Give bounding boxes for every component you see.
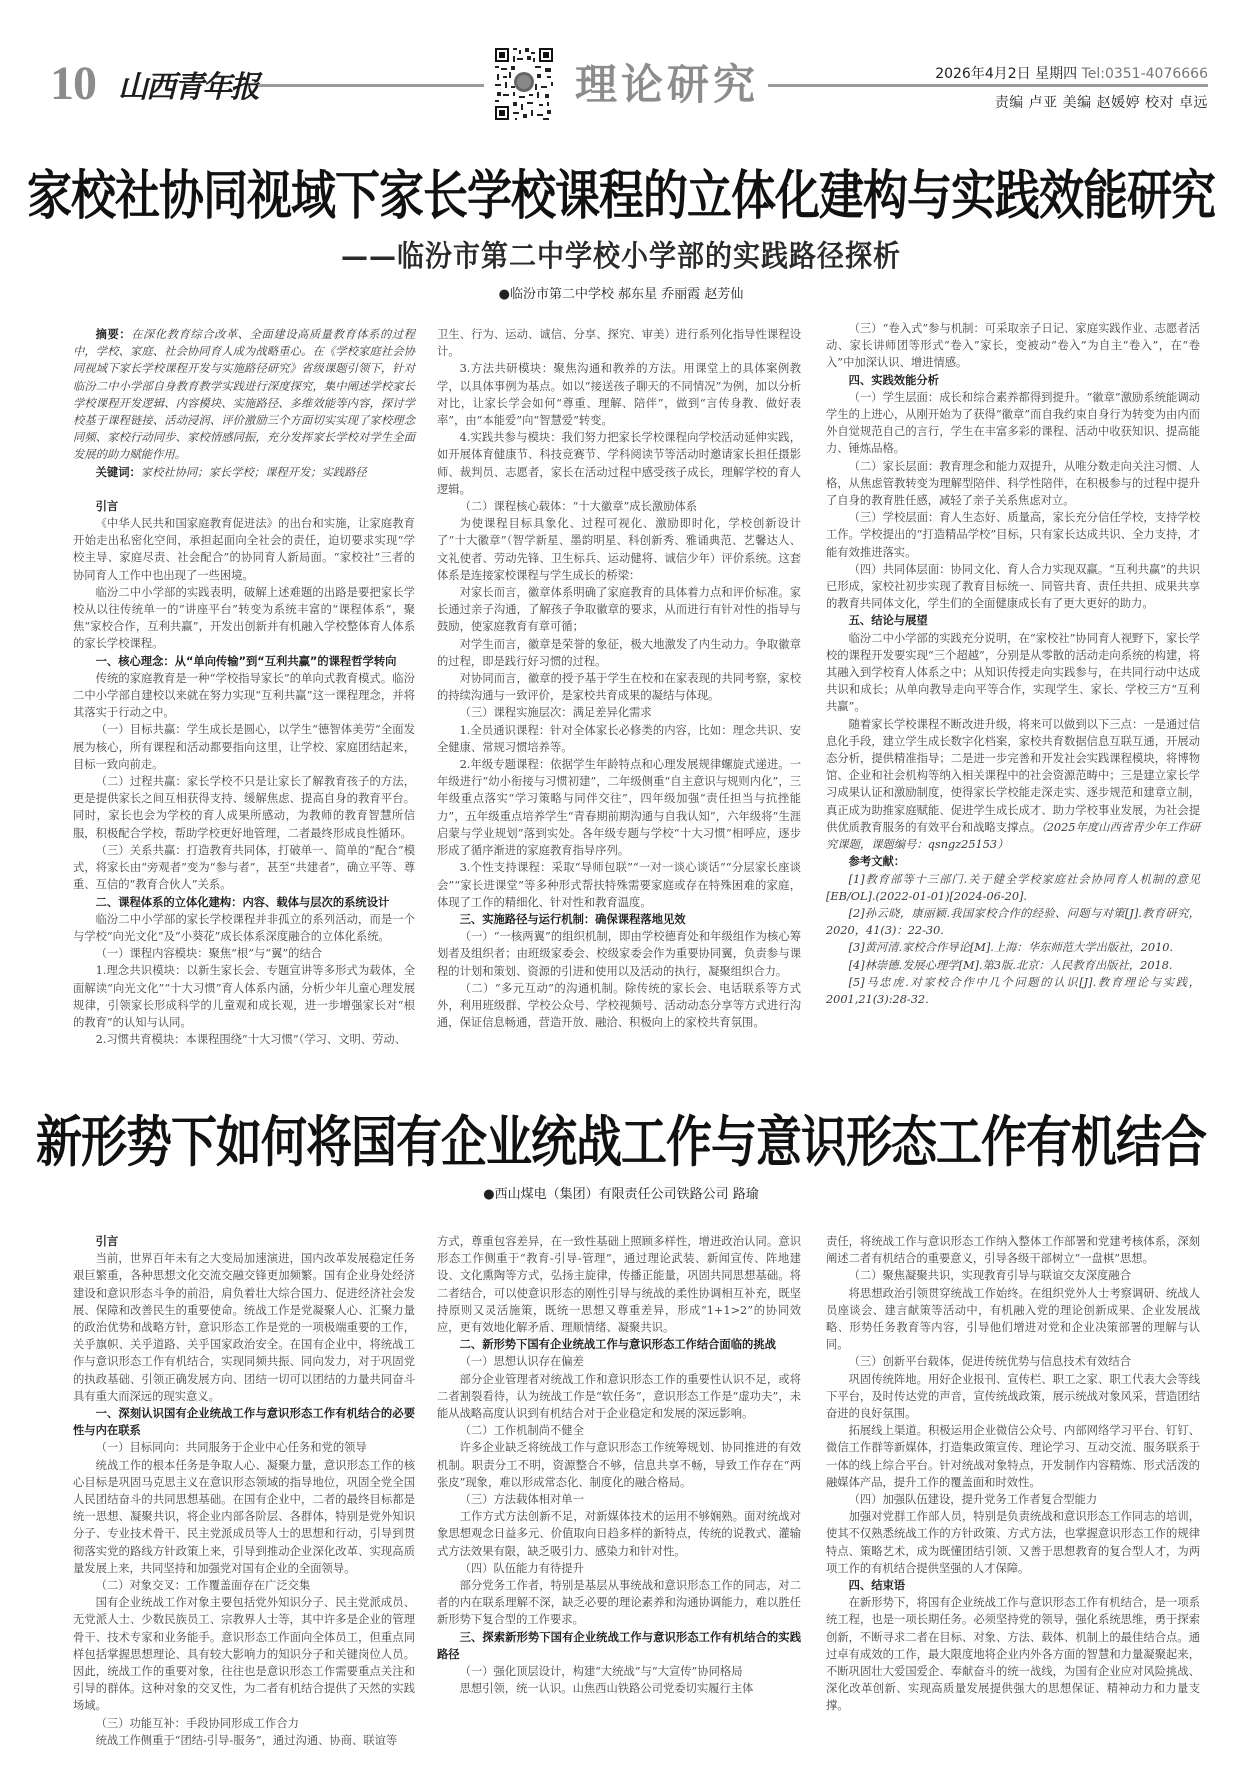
paragraph: 2.年级专题课程：依据学生年龄特点和心理发展规律螺旋式递进。一年级进行“幼小衔接… bbox=[437, 756, 801, 859]
issue-info: 2026年4月2日 星期四 Tel:0351-4076666 bbox=[935, 63, 1208, 83]
reference-item: [5]马忠虎.对家校合作中几个问题的认识[J].教育理论与实践，2001,21(… bbox=[826, 974, 1200, 1008]
keywords: 关键词：家校社协同；家长学校；课程开发；实践路径 bbox=[73, 464, 415, 481]
paragraph: 许多企业缺乏将统战工作与意识形态工作统筹规划、协同推进的有效机制。职责分工不明，… bbox=[437, 1439, 801, 1491]
paragraph: 《中华人民共和国家庭教育促进法》的出台和实施，让家庭教育开始走出私密化空间，承担… bbox=[73, 515, 415, 584]
paragraph: 当前，世界百年未有之大变局加速演进，国内改革发展稳定任务艰巨繁重，各种思想文化交… bbox=[73, 1250, 415, 1405]
paragraph: 对协同而言，徽章的授予基于学生在校和在家表现的共同考察，家校的持续沟通与一致评价… bbox=[437, 670, 801, 704]
paragraph: 部分党务工作者，特别是基层从事统战和意识形态工作的同志，对二者的内在联系理解不深… bbox=[437, 1577, 801, 1629]
paragraph: 卫生、行为、运动、诚信、分享、探究、审美）进行系列化指导性课程设计。 bbox=[437, 326, 801, 360]
newspaper-logo: 山西青年报 bbox=[118, 62, 258, 106]
paragraph: 对学生而言，徽章是荣誉的象征，极大地激发了内生动力。争取徽章的过程，即是践行好习… bbox=[437, 636, 801, 670]
paragraph: 1.理念共识模块：以新生家长会、专题宣讲等多形式为载体，全面解读“向光文化”“十… bbox=[73, 962, 415, 1031]
references-heading: 参考文献： bbox=[826, 853, 1200, 870]
paragraph: （四）共同体层面：协同文化、育人合力实现双赢。“互利共赢”的共识已形成，家校社初… bbox=[826, 561, 1200, 613]
article-2-column-1: 引言 当前，世界百年未有之大变局加速演进，国内改革发展稳定任务艰巨繁重，各种思想… bbox=[73, 1233, 415, 1749]
paragraph: （一）目标同向：共同服务于企业中心任务和党的领导 bbox=[73, 1439, 415, 1456]
article-2-column-2: 方式，尊重包容差异，在一致性基础上照顾多样性，增进政治认同。意识形态工作侧重于“… bbox=[437, 1233, 801, 1697]
paragraph: 思想引领，统一认识。山焦西山铁路公司党委切实履行主体 bbox=[437, 1680, 801, 1697]
paragraph: （三）创新平台载体，促进传统优势与信息技术有效结合 bbox=[826, 1353, 1200, 1370]
article-2-byline: ●西山煤电（集团）有限责任公司铁路公司 路瑜 bbox=[0, 1183, 1242, 1202]
paragraph-text: 随着家长学校课程不断改进升级，将来可以做到以下三点：一是通过信息化手段，建立学生… bbox=[826, 718, 1200, 834]
reference-item: [3]黄河清.家校合作导论[M].上海：华东师范大学出版社，2010. bbox=[826, 939, 1200, 956]
article-1-column-1: 摘要：在深化教育综合改革、全面建设高质量教育体系的过程中，学校、家庭、社会协同育… bbox=[73, 326, 415, 1048]
reference-item: [1]教育部等十三部门.关于健全学校家庭社会协同育人机制的意见[EB/OL].(… bbox=[826, 871, 1200, 905]
paragraph: （二）工作机制尚不健全 bbox=[437, 1422, 801, 1439]
section-heading: 二、课程体系的立体化建构：内容、载体与层次的系统设计 bbox=[73, 894, 415, 911]
masthead-rule-left bbox=[258, 84, 484, 87]
abstract-text: 在深化教育综合改革、全面建设高质量教育体系的过程中，学校、家庭、社会协同育人成为… bbox=[73, 328, 415, 461]
paragraph: 临汾二中小学部的实践充分说明，在“家校社”协同育人视野下，家长学校的课程开发要实… bbox=[826, 630, 1200, 716]
paragraph: 3.方法共研模块：聚焦沟通和教养的方法。用课堂上的具体案例教学，以具体事例为基点… bbox=[437, 360, 801, 429]
page-number: 10 bbox=[50, 56, 96, 111]
article-1-byline: ●临汾市第二中学校 郝东星 乔丽霞 赵芳仙 bbox=[0, 283, 1242, 302]
masthead: 10 山西青年报 理论研究 2026年4月2日 星期四 Tel:0351-407… bbox=[0, 0, 1242, 120]
section-heading: 三、探索新形势下国有企业统战工作与意识形态工作有机结合的实践路径 bbox=[437, 1629, 801, 1663]
paragraph: （四）加强队伍建设，提升党务工作者复合型能力 bbox=[826, 1491, 1200, 1508]
paragraph: 临汾二中小学部的实践表明，破解上述难题的出路是要把家长学校从以往传统单一的“讲座… bbox=[73, 584, 415, 653]
paragraph: 在新形势下，将国有企业统战工作与意识形态工作有机结合，是一项系统工程，也是一项长… bbox=[826, 1594, 1200, 1714]
paragraph: 为使课程目标具象化、过程可视化、激励即时化，学校创新设计了“十大徽章”（智学新星… bbox=[437, 515, 801, 584]
paragraph: （一）思想认识存在偏差 bbox=[437, 1353, 801, 1370]
paragraph: 1.全员通识课程：针对全体家长必修类的内容，比如：理念共识、安全健康、常规习惯培… bbox=[437, 722, 801, 756]
reference-item: [4]林崇德.发展心理学[M].第3版.北京：人民教育出版社，2018. bbox=[826, 957, 1200, 974]
reference-item: [2]孙云晓，康丽颖.我国家校合作的经验、问题与对策[J].教育研究，2020，… bbox=[826, 905, 1200, 939]
paragraph: 临汾二中小学部的家长学校课程并非孤立的系列活动，而是一个与学校“向光文化”及“小… bbox=[73, 911, 415, 945]
paragraph: （一）目标共赢：学生成长是圆心，以学生“德智体美劳”全面发展为核心，所有课程和活… bbox=[73, 721, 415, 773]
article-1-column-2: 卫生、行为、运动、诚信、分享、探究、审美）进行系列化指导性课程设计。 3.方法共… bbox=[437, 326, 801, 1031]
paragraph: （二）课程核心载体：“十大徽章”成长激励体系 bbox=[437, 498, 801, 515]
article-2-column-3: 责任，将统战工作与意识形态工作纳入整体工作部署和党建考核体系，深刻阐述二者有机结… bbox=[826, 1233, 1200, 1715]
section-heading: 三、实施路径与运行机制：确保课程落地见效 bbox=[437, 911, 801, 928]
paragraph: （三）学校层面：育人生态好、质量高，家长充分信任学校，支持学校工作。学校提出的“… bbox=[826, 509, 1200, 561]
issue-date: 2026年4月2日 星期四 bbox=[935, 66, 1077, 82]
paragraph: （一）学生层面：成长和综合素养都得到提升。“徽章”激励系统能调动学生的上进心，从… bbox=[826, 389, 1200, 458]
keywords-label: 关键词： bbox=[96, 466, 141, 479]
masthead-rule-right bbox=[768, 84, 1208, 87]
qr-code-icon[interactable] bbox=[493, 46, 555, 122]
paragraph: 随着家长学校课程不断改进升级，将来可以做到以下三点：一是通过信息化手段，建立学生… bbox=[826, 716, 1200, 854]
keywords-text: 家校社协同；家长学校；课程开发；实践路径 bbox=[141, 466, 367, 479]
article-1-title: 家校社协同视域下家长学校课程的立体化建构与实践效能研究 bbox=[0, 152, 1242, 229]
paragraph: （二）对象交叉：工作覆盖面存在广泛交集 bbox=[73, 1577, 415, 1594]
paragraph: 统战工作侧重于“团结-引导-服务”，通过沟通、协商、联谊等 bbox=[73, 1732, 415, 1749]
editor-credits: 责编 卢亚 美编 赵媛婷 校对 卓远 bbox=[995, 92, 1208, 112]
section-heading: 四、结束语 bbox=[826, 1577, 1200, 1594]
paragraph: （二）“多元互动”的沟通机制。除传统的家长会、电话联系等方式外，利用班级群、学校… bbox=[437, 980, 801, 1032]
section-heading: 一、深刻认识国有企业统战工作与意识形态工作有机结合的必要性与内在联系 bbox=[73, 1405, 415, 1439]
paragraph: 统战工作的根本任务是争取人心、凝聚力量，意识形态工作的核心目标是巩固马克思主义在… bbox=[73, 1457, 415, 1577]
paragraph: （一）“一核两翼”的组织机制，即由学校德育处和年级组作为核心筹划者及组织者；由班… bbox=[437, 928, 801, 980]
paragraph: 3.个性支持课程：采取“导师包联”“一对一谈心谈话”“分层家长座谈会”“家长进课… bbox=[437, 859, 801, 911]
paragraph: （一）强化顶层设计，构建“大统战”与“大宣传”协同格局 bbox=[437, 1663, 801, 1680]
paragraph: 责任，将统战工作与意识形态工作纳入整体工作部署和党建考核体系，深刻阐述二者有机结… bbox=[826, 1233, 1200, 1267]
paragraph: 方式，尊重包容差异，在一致性基础上照顾多样性，增进政治认同。意识形态工作侧重于“… bbox=[437, 1233, 801, 1336]
paragraph: （三）功能互补：手段协同形成工作合力 bbox=[73, 1715, 415, 1732]
paragraph: （一）课程内容模块：聚焦“根”与“翼”的结合 bbox=[73, 945, 415, 962]
paragraph: （三）关系共赢：打造教育共同体，打破单一、简单的“配合”模式，将家长由“旁观者”… bbox=[73, 842, 415, 894]
article-1-subtitle: ——临汾市第二中学校小学部的实践路径探析 bbox=[0, 232, 1242, 275]
paragraph: 对家长而言，徽章体系明确了家庭教育的具体着力点和评价标准。家长通过亲子沟通，了解… bbox=[437, 584, 801, 636]
section-heading: 五、结论与展望 bbox=[826, 612, 1200, 629]
paragraph: （二）过程共赢：家长学校不只是让家长了解教育孩子的方法，更是提供家长之间互相获得… bbox=[73, 773, 415, 842]
section-heading: 一、核心理念：从“单向传输”到“互利共赢”的课程哲学转向 bbox=[73, 653, 415, 670]
paragraph: 部分企业管理者对统战工作和意识形态工作的重要性认识不足，或将二者割裂看待，认为统… bbox=[437, 1371, 801, 1423]
section-heading: 二、新形势下国有企业统战工作与意识形态工作结合面临的挑战 bbox=[437, 1336, 801, 1353]
paragraph: （三）“卷入式”参与机制：可采取亲子日记、家庭实践作业、志愿者活动、家长讲师团等… bbox=[826, 320, 1200, 372]
paragraph: 2.习惯共育模块：本课程围绕“十大习惯”（学习、文明、劳动、 bbox=[73, 1031, 415, 1048]
paragraph: （三）方法载体相对单一 bbox=[437, 1491, 801, 1508]
section-heading: 引言 bbox=[73, 1233, 415, 1250]
paragraph: （二）聚焦凝聚共识，实现教育引导与联谊交友深度融合 bbox=[826, 1267, 1200, 1284]
paragraph: 拓展线上渠道。积极运用企业微信公众号、内部网络学习平台、钉钉、微信工作群等新媒体… bbox=[826, 1422, 1200, 1491]
paragraph: 将思想政治引领贯穿统战工作始终。在组织党外人士考察调研、统战人员座谈会、建言献策… bbox=[826, 1285, 1200, 1354]
paragraph: 工作方式方法创新不足，对新媒体技术的运用不够娴熟。面对统战对象思想观念日益多元、… bbox=[437, 1508, 801, 1560]
article-2-title: 新形势下如何将国有企业统战工作与意识形态工作有机结合 bbox=[0, 1098, 1242, 1177]
paragraph: 4.实践共参与模块：我们努力把家长学校课程向学校活动延伸实践，如开展体育健康节、… bbox=[437, 429, 801, 498]
paragraph: （三）课程实施层次：满足差异化需求 bbox=[437, 704, 801, 721]
paragraph: 国有企业统战工作对象主要包括党外知识分子、民主党派成员、无党派人士、少数民族员工… bbox=[73, 1594, 415, 1714]
paragraph: （四）队伍能力有待提升 bbox=[437, 1560, 801, 1577]
paragraph: 巩固传统阵地。用好企业报刊、宣传栏、职工之家、职工代表大会等线下平台，及时传达党… bbox=[826, 1371, 1200, 1423]
section-heading: 引言 bbox=[73, 498, 415, 515]
section-heading: 四、实践效能分析 bbox=[826, 372, 1200, 389]
section-title: 理论研究 bbox=[575, 52, 759, 112]
telephone: Tel:0351-4076666 bbox=[1082, 66, 1208, 82]
paragraph: （二）家长层面：教育理念和能力双提升，从唯分数走向关注习惯、人格，从焦虑管教转变… bbox=[826, 458, 1200, 510]
abstract: 摘要：在深化教育综合改革、全面建设高质量教育体系的过程中，学校、家庭、社会协同育… bbox=[73, 326, 415, 464]
abstract-label: 摘要： bbox=[96, 328, 132, 341]
paragraph: 加强对党群工作部人员，特别是负责统战和意识形态工作同志的培训，使其不仅熟悉统战工… bbox=[826, 1508, 1200, 1577]
paragraph: 传统的家庭教育是一种“学校指导家长”的单向式教育模式。临汾二中小学部自建校以来就… bbox=[73, 670, 415, 722]
article-1-column-3: （三）“卷入式”参与机制：可采取亲子日记、家庭实践作业、志愿者活动、家长讲师团等… bbox=[826, 320, 1200, 1008]
